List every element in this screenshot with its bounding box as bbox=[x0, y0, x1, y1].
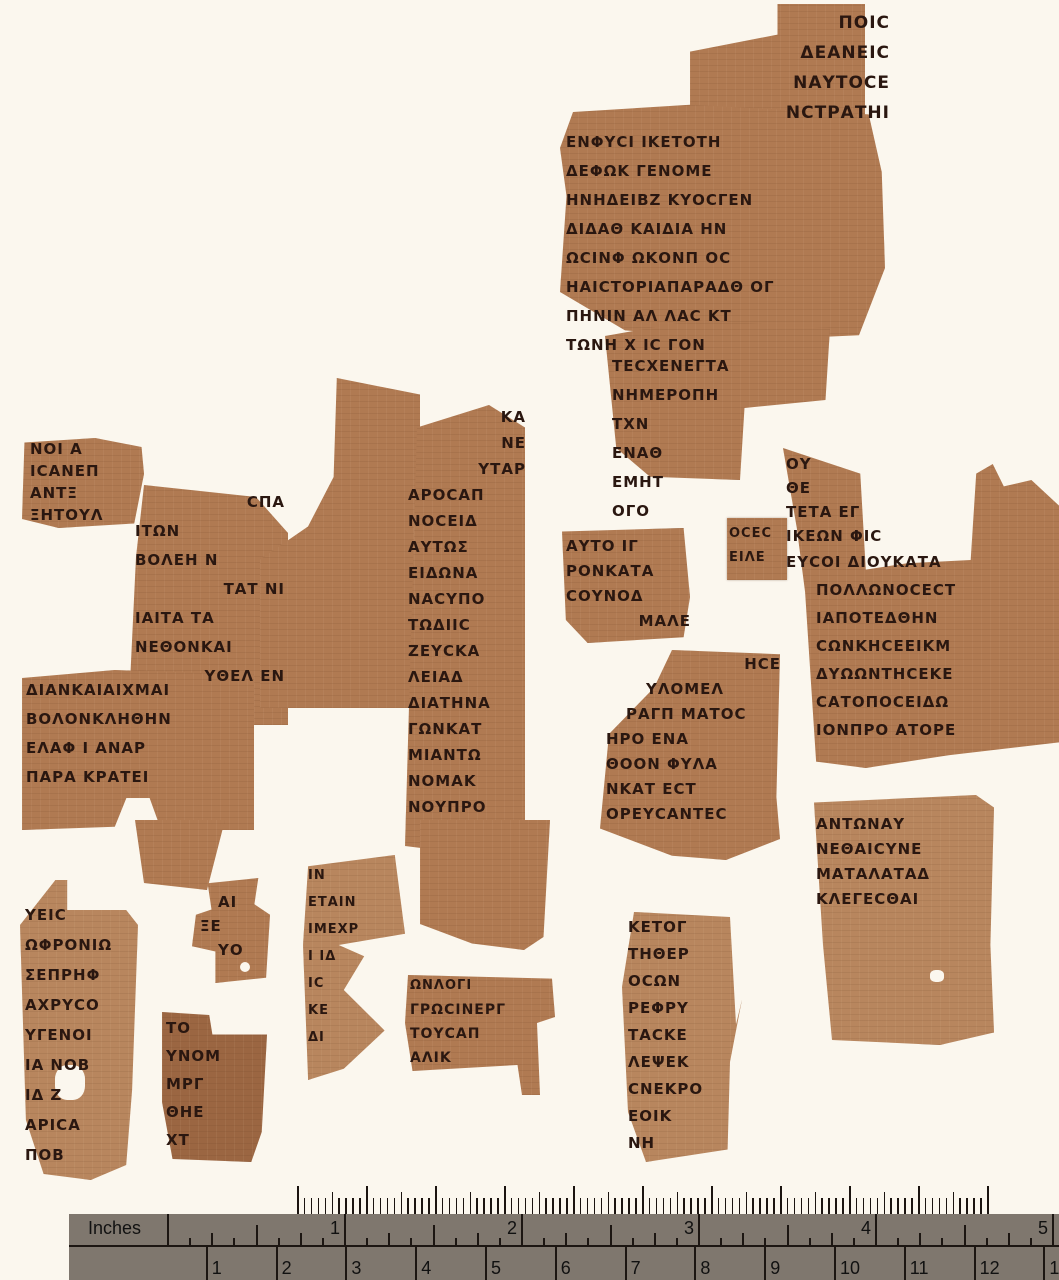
cm-tick bbox=[276, 1245, 278, 1280]
inch-tick bbox=[1008, 1233, 1010, 1245]
scale-tick bbox=[904, 1198, 906, 1214]
scale-tick bbox=[456, 1198, 458, 1214]
inch-tick bbox=[1030, 1238, 1032, 1245]
scale-tick bbox=[794, 1198, 796, 1214]
scale-tick bbox=[539, 1192, 541, 1214]
greek-text-line: ΜΡΓ bbox=[166, 1070, 266, 1098]
inch-tick bbox=[455, 1238, 457, 1245]
greek-text-line: ΝΚΑΤ ΕCΤ bbox=[606, 777, 781, 802]
scale-tick bbox=[552, 1198, 554, 1214]
scale-tick bbox=[407, 1198, 409, 1214]
scale-tick bbox=[414, 1198, 416, 1214]
scale-tick bbox=[580, 1198, 582, 1214]
scale-tick bbox=[801, 1198, 803, 1214]
scale-tick bbox=[594, 1198, 596, 1214]
greek-text-line: ΖΕΥCΚΑ bbox=[408, 638, 526, 664]
inches-label: Inches bbox=[88, 1218, 141, 1239]
inch-tick bbox=[787, 1225, 789, 1245]
scale-tick bbox=[973, 1198, 975, 1214]
scale-tick bbox=[773, 1198, 775, 1214]
greek-text-line: ΘΟΟΝ ΦΥΛΑ bbox=[606, 752, 781, 777]
text-block-left-small: ΝΟΙ Α ΙCΑΝΕΠ ΑΝΤΞ ΞΗΤΟΥΛ bbox=[30, 438, 145, 526]
text-block-center-lower: ΚΕΤΟΓ ΤΗΘΕΡ ΟCΩΝ ΡΕΦΡΥ ΤΑCΚΕ ΛΕΨΕΚ CΝΕΚΡ… bbox=[628, 914, 743, 1157]
scale-tick bbox=[897, 1198, 899, 1214]
scale-tick bbox=[649, 1198, 651, 1214]
scale-tick bbox=[752, 1198, 754, 1214]
scale-tick bbox=[718, 1198, 720, 1214]
inch-tick bbox=[499, 1238, 501, 1245]
scale-tick bbox=[476, 1198, 478, 1214]
scale-tick bbox=[966, 1198, 968, 1214]
greek-text-line: ΟΥ bbox=[786, 452, 1058, 476]
inch-number: 2 bbox=[507, 1218, 517, 1239]
scale-tick bbox=[366, 1186, 368, 1214]
greek-text-line: ΔΙ bbox=[308, 1024, 408, 1051]
inch-tick bbox=[521, 1214, 523, 1245]
text-block-right-lower: ΑΝΤΩΝΑΥ ΝΕΘΑΙCΥΝΕ ΜΑΤΑΛΑΤΑΔ ΚΛΕΓΕCΘΑΙ bbox=[816, 812, 991, 912]
greek-text-line: ΙΔ Ζ bbox=[25, 1080, 135, 1110]
scale-tick bbox=[815, 1192, 817, 1214]
greek-text-line: ΗΝΗΔΕΙΒΖ ΚΥΟCΓΕΝ bbox=[566, 186, 886, 215]
scale-tick bbox=[318, 1198, 320, 1214]
cm-number: 10 bbox=[840, 1258, 860, 1279]
scale-tick bbox=[787, 1198, 789, 1214]
greek-text-line: ΙCΑΝΕΠ bbox=[30, 460, 145, 482]
scale-tick bbox=[621, 1198, 623, 1214]
greek-text-line: ΜΑΛΕ bbox=[566, 609, 691, 634]
greek-text-line: ΕΟΙΚ bbox=[628, 1103, 743, 1130]
greek-text-line: ΓΡΩCΙΝΕΡΓ bbox=[410, 998, 558, 1022]
greek-text-line: ΠΟΒ bbox=[25, 1140, 135, 1170]
greek-text-line: ΔΕΑΝΕΙC bbox=[570, 38, 890, 68]
scale-tick bbox=[559, 1198, 561, 1214]
cm-number: 9 bbox=[770, 1258, 780, 1279]
text-block-bottom-narrow: ΙΝ ΕΤΑΙΝ ΙΜΕΧΡ Ι ΙΔ ΙC ΚΕ ΔΙ bbox=[308, 862, 408, 1051]
greek-text-line: ΑΝΤΩΝΑΥ bbox=[816, 812, 991, 837]
text-block-mid-lower: ΗCΕ ΥΛΟΜΕΛ ΡΑΓΠ ΜΑΤΟC ΗΡΟ ΕΝΑ ΘΟΟΝ ΦΥΛΑ … bbox=[606, 652, 781, 827]
greek-text-line: ΑΛΙΚ bbox=[410, 1046, 558, 1070]
scale-tick bbox=[877, 1198, 879, 1214]
greek-text-line: ΙΑΠΟΤΕΔΘΗΝ bbox=[786, 604, 1058, 632]
scale-tick bbox=[663, 1198, 665, 1214]
scale-tick bbox=[690, 1198, 692, 1214]
greek-text-line: ΗΡΟ ΕΝΑ bbox=[606, 727, 781, 752]
scale-tick bbox=[870, 1198, 872, 1214]
scale-tick bbox=[704, 1198, 706, 1214]
scale-tick bbox=[401, 1192, 403, 1214]
greek-text-line: ΤΑΤ ΝΙ bbox=[135, 575, 285, 604]
greek-text-line: ΒΟΛΕΗ Ν bbox=[135, 546, 285, 575]
greek-text-line: ΕΝΦΥCΙ ΙΚΕΤΟΤΗ bbox=[566, 128, 886, 157]
scale-tick bbox=[642, 1186, 644, 1214]
scale-tick bbox=[946, 1198, 948, 1214]
scale-tick bbox=[732, 1198, 734, 1214]
inch-number: 4 bbox=[861, 1218, 871, 1239]
greek-text-line: ΝΗΜΕΡΟΠΗ bbox=[612, 381, 832, 410]
inch-tick bbox=[167, 1214, 169, 1245]
inch-tick bbox=[300, 1233, 302, 1245]
scale-tick bbox=[449, 1198, 451, 1214]
greek-text-line: ΔΥΩΩΝΤΗCΕΚΕ bbox=[786, 660, 1058, 688]
scale-tick bbox=[483, 1198, 485, 1214]
millimeter-scale bbox=[297, 1184, 997, 1214]
greek-text-line: ΝΕΘΟΝΚΑΙ bbox=[135, 633, 285, 662]
cm-number: 12 bbox=[980, 1258, 1000, 1279]
scale-tick bbox=[932, 1198, 934, 1214]
scale-tick bbox=[835, 1198, 837, 1214]
inch-tick bbox=[322, 1238, 324, 1245]
inch-number: 5 bbox=[1038, 1218, 1048, 1239]
text-block-bottom-left-tall: ΥΕΙC ΩΦΡΟΝΙΩ ΣΕΠΡΗΦ ΑΧΡΥCΟ ΥΓΕΝΟΙ ΙΑ ΝΟΒ… bbox=[25, 900, 135, 1170]
greek-text-line: ΡΕΦΡΥ bbox=[628, 995, 743, 1022]
scale-tick bbox=[332, 1192, 334, 1214]
cm-number: 6 bbox=[561, 1258, 571, 1279]
greek-text-line: ΙΑ ΝΟΒ bbox=[25, 1050, 135, 1080]
scale-tick bbox=[746, 1192, 748, 1214]
greek-text-line: ΑΥΤΟ ΙΓ bbox=[566, 534, 691, 559]
scale-tick bbox=[608, 1192, 610, 1214]
cm-tick bbox=[625, 1245, 627, 1280]
inch-tick bbox=[632, 1238, 634, 1245]
greek-text-line: ΤΟΥCΑΠ bbox=[410, 1022, 558, 1046]
inch-tick bbox=[676, 1238, 678, 1245]
scale-tick bbox=[890, 1198, 892, 1214]
scale-tick bbox=[711, 1186, 713, 1214]
text-block-left-middle: CΠΑ ΙΤΩΝ ΒΟΛΕΗ Ν ΤΑΤ ΝΙ ΙΑΙΤΑ ΤΑ ΝΕΘΟΝΚΑ… bbox=[135, 488, 285, 691]
text-block-top-right-mid: ΕΝΦΥCΙ ΙΚΕΤΟΤΗ ΔΕΦΩΚ ΓΕΝΟΜΕ ΗΝΗΔΕΙΒΖ ΚΥΟ… bbox=[566, 128, 886, 360]
greek-text-line: ΣΕΠΡΗΦ bbox=[25, 960, 135, 990]
greek-text-line: ΥΤΑΡ bbox=[408, 456, 526, 482]
scale-tick bbox=[635, 1198, 637, 1214]
inch-tick bbox=[189, 1238, 191, 1245]
papyrus-fragment-center-bottom bbox=[420, 820, 550, 950]
scale-tick bbox=[739, 1198, 741, 1214]
inch-tick bbox=[875, 1214, 877, 1245]
scale-tick bbox=[421, 1198, 423, 1214]
greek-text-line: ΔΙΔΑΘ ΚΑΙΔΙΑ ΗΝ bbox=[566, 215, 886, 244]
greek-text-line: ΔΙΑΝΚΑΙΑΙΧΜΑΙ bbox=[26, 676, 266, 705]
scale-tick bbox=[573, 1186, 575, 1214]
scale-tick bbox=[683, 1198, 685, 1214]
inch-tick bbox=[433, 1225, 435, 1245]
greek-text-line: ΩΦΡΟΝΙΩ bbox=[25, 930, 135, 960]
scale-tick bbox=[297, 1186, 299, 1214]
inch-tick bbox=[1052, 1214, 1054, 1245]
greek-text-line: ΤΩΔΙΙC bbox=[408, 612, 526, 638]
inch-tick bbox=[831, 1233, 833, 1245]
greek-text-line: ΟCΩΝ bbox=[628, 968, 743, 995]
inch-tick bbox=[211, 1233, 213, 1245]
inch-tick bbox=[720, 1238, 722, 1245]
scale-tick bbox=[352, 1198, 354, 1214]
greek-text-line: ΡΟΝΚΑΤΑ bbox=[566, 559, 691, 584]
scale-tick bbox=[304, 1198, 306, 1214]
greek-text-line: CΠΑ bbox=[135, 488, 285, 517]
greek-text-line: ΔΕΦΩΚ ΓΕΝΟΜΕ bbox=[566, 157, 886, 186]
cm-tick bbox=[555, 1245, 557, 1280]
greek-text-line: ΚΛΕΓΕCΘΑΙ bbox=[816, 887, 991, 912]
scale-tick bbox=[670, 1198, 672, 1214]
greek-text-line: ΤΕΤΑ ΕΓ bbox=[786, 500, 1058, 524]
greek-text-line: CΩΝΚΗCΕΕΙΚΜ bbox=[786, 632, 1058, 660]
greek-text-line: ΟCΕC bbox=[729, 522, 789, 546]
inch-tick bbox=[853, 1238, 855, 1245]
greek-text-line: ΛΕΙΑΔ bbox=[408, 664, 526, 690]
cm-number: 13 bbox=[1049, 1258, 1059, 1279]
scale-tick bbox=[325, 1198, 327, 1214]
greek-text-line: Ι ΙΔ bbox=[308, 943, 408, 970]
inch-tick bbox=[388, 1233, 390, 1245]
greek-text-line: ΙΚΕΩΝ ΦΙC bbox=[786, 524, 1058, 548]
scale-tick bbox=[828, 1198, 830, 1214]
cm-tick bbox=[345, 1245, 347, 1280]
greek-text-line: ΚΑ bbox=[408, 404, 526, 430]
greek-text-line: ΓΩΝΚΑΤ bbox=[408, 716, 526, 742]
greek-text-line: ΜΑΤΑΛΑΤΑΔ bbox=[816, 862, 991, 887]
inch-number: 3 bbox=[684, 1218, 694, 1239]
inch-tick bbox=[366, 1238, 368, 1245]
scale-tick bbox=[601, 1198, 603, 1214]
greek-text-line: ΙΝ bbox=[308, 862, 408, 889]
greek-text-line: ΤΑCΚΕ bbox=[628, 1022, 743, 1049]
inch-tick bbox=[587, 1238, 589, 1245]
cm-tick bbox=[834, 1245, 836, 1280]
greek-text-line: ΑΧΡΥCΟ bbox=[25, 990, 135, 1020]
scale-tick bbox=[428, 1198, 430, 1214]
scale-tick bbox=[380, 1198, 382, 1214]
scale-tick bbox=[918, 1186, 920, 1214]
scale-tick bbox=[435, 1186, 437, 1214]
greek-text-line: ΑΡΟCΑΠ bbox=[408, 482, 526, 508]
greek-text-line: ΘΕ bbox=[786, 476, 1058, 500]
scale-tick bbox=[387, 1198, 389, 1214]
scale-tick bbox=[359, 1198, 361, 1214]
scale-tick bbox=[545, 1198, 547, 1214]
inch-tick bbox=[543, 1238, 545, 1245]
scale-tick bbox=[311, 1198, 313, 1214]
inch-tick bbox=[477, 1233, 479, 1245]
greek-text-line: ΝΑΥΤΟCΕ bbox=[570, 68, 890, 98]
greek-text-line: ΩCΙΝΦ ΩΚΟΝΠ ΟC bbox=[566, 244, 886, 273]
text-block-mid-tiny: ΟCΕC ΕΙΛΕ bbox=[729, 522, 789, 570]
inch-tick bbox=[809, 1238, 811, 1245]
scale-tick bbox=[766, 1198, 768, 1214]
scale-tick bbox=[697, 1198, 699, 1214]
greek-text-line: ΤΟ bbox=[166, 1014, 266, 1042]
scale-tick bbox=[463, 1198, 465, 1214]
greek-text-line: ΝΟΥΠΡΟ bbox=[408, 794, 526, 820]
greek-text-line: ΟΡΕΥCΑΝΤΕC bbox=[606, 802, 781, 827]
greek-text-line: ΥΓΕΝΟΙ bbox=[25, 1020, 135, 1050]
scale-tick bbox=[532, 1198, 534, 1214]
scale-tick bbox=[614, 1198, 616, 1214]
inch-tick bbox=[941, 1238, 943, 1245]
greek-text-line: ΕΥCΟΙ ΔΙΟΥΚΑΤΑ bbox=[786, 548, 1058, 576]
greek-text-line: ΘΗΕ bbox=[166, 1098, 266, 1126]
greek-text-line: ΚΕΤΟΓ bbox=[628, 914, 743, 941]
scale-tick bbox=[587, 1198, 589, 1214]
greek-text-line: ΝΟCΕΙΔ bbox=[408, 508, 526, 534]
greek-text-line: ΡΑΓΠ ΜΑΤΟC bbox=[606, 702, 781, 727]
scale-tick bbox=[925, 1198, 927, 1214]
inch-tick bbox=[986, 1238, 988, 1245]
greek-text-line: ΠΗΝΙΝ ΑΛ ΛΑC ΚΤ bbox=[566, 302, 886, 331]
inch-tick bbox=[654, 1233, 656, 1245]
text-block-left-lower: ΔΙΑΝΚΑΙΑΙΧΜΑΙ ΒΟΛΟΝΚΛΗΘΗΝ ΕΛΑΦ Ι ΑΝΑΡ ΠΑ… bbox=[26, 676, 266, 792]
scale-tick bbox=[842, 1198, 844, 1214]
cm-tick bbox=[694, 1245, 696, 1280]
measurement-ruler: Inches 1234512345678910111213 bbox=[69, 1214, 1059, 1280]
inch-tick bbox=[410, 1238, 412, 1245]
inch-tick bbox=[233, 1238, 235, 1245]
greek-text-line: ΑΝΤΞ bbox=[30, 482, 145, 504]
cm-tick bbox=[764, 1245, 766, 1280]
greek-text-line: CΟΥΝΟΔ bbox=[566, 584, 691, 609]
greek-text-line: ΤΗΘΕΡ bbox=[628, 941, 743, 968]
inch-tick bbox=[698, 1214, 700, 1245]
greek-text-line: ΠΟΛΛΩΝΟCΕCΤ bbox=[786, 576, 1058, 604]
scale-tick bbox=[980, 1198, 982, 1214]
scale-tick bbox=[987, 1186, 989, 1214]
greek-text-line: ΝΕΘΑΙCΥΝΕ bbox=[816, 837, 991, 862]
scale-tick bbox=[442, 1198, 444, 1214]
cm-tick bbox=[415, 1245, 417, 1280]
greek-text-line: ΠΑΡΑ ΚΡΑΤΕΙ bbox=[26, 763, 266, 792]
text-block-top-right: ΠΟΙC ΔΕΑΝΕΙC ΝΑΥΤΟCΕ ΝCΤΡΑΤΗΙ bbox=[570, 8, 890, 128]
inch-tick bbox=[256, 1225, 258, 1245]
greek-text-line: ΗCΕ bbox=[606, 652, 781, 677]
scale-tick bbox=[470, 1192, 472, 1214]
greek-text-line: ΩΝΛΟΓΙ bbox=[410, 974, 558, 998]
inch-tick bbox=[742, 1233, 744, 1245]
greek-text-line: ΧΤ bbox=[166, 1126, 266, 1154]
greek-text-line: ΔΙΑΤΗΝΑ bbox=[408, 690, 526, 716]
inch-tick bbox=[764, 1238, 766, 1245]
scale-tick bbox=[677, 1192, 679, 1214]
scale-tick bbox=[525, 1198, 527, 1214]
scale-tick bbox=[808, 1198, 810, 1214]
greek-text-line: ΙΟΝΠΡΟ ΑΤΟΡΕ bbox=[786, 716, 1058, 744]
greek-text-line: ΝΟΙ Α bbox=[30, 438, 145, 460]
papyrus-hole bbox=[930, 970, 944, 982]
scale-tick bbox=[759, 1198, 761, 1214]
scale-tick bbox=[504, 1186, 506, 1214]
cm-number: 5 bbox=[491, 1258, 501, 1279]
greek-text-line: ΝΑCΥΠΟ bbox=[408, 586, 526, 612]
greek-text-line: ΑΙ bbox=[200, 890, 270, 914]
scale-tick bbox=[939, 1198, 941, 1214]
scale-tick bbox=[628, 1198, 630, 1214]
greek-text-line: ΤΧΝ bbox=[612, 410, 832, 439]
cm-number: 1 bbox=[212, 1258, 222, 1279]
inch-tick bbox=[897, 1238, 899, 1245]
greek-text-line: ΥΕΙC bbox=[25, 900, 135, 930]
scale-tick bbox=[394, 1198, 396, 1214]
greek-text-line: ΙΤΩΝ bbox=[135, 517, 285, 546]
text-block-bottom-cross: ΑΙ ΞΕ ΥΟ bbox=[200, 890, 270, 962]
greek-text-line: ΕΙΛΕ bbox=[729, 546, 789, 570]
greek-text-line: ΚΕ bbox=[308, 997, 408, 1024]
greek-text-line: ΞΕ bbox=[200, 914, 270, 938]
cm-number: 2 bbox=[282, 1258, 292, 1279]
inch-tick bbox=[610, 1225, 612, 1245]
scale-tick bbox=[821, 1198, 823, 1214]
greek-text-line: ΝΗ bbox=[628, 1130, 743, 1157]
greek-text-line: ΑΥΤΩΣ bbox=[408, 534, 526, 560]
greek-text-line: CΑΤΟΠΟCΕΙΔΩ bbox=[786, 688, 1058, 716]
greek-text-line: ΗΑΙCΤΟΡΙΑΠΑΡΑΔΘ ΟΓ bbox=[566, 273, 886, 302]
ruler-divider bbox=[69, 1245, 1059, 1247]
greek-text-line: ΙΑΙΤΑ ΤΑ bbox=[135, 604, 285, 633]
cm-tick bbox=[904, 1245, 906, 1280]
text-block-mid-small: ΑΥΤΟ ΙΓ ΡΟΝΚΑΤΑ CΟΥΝΟΔ ΜΑΛΕ bbox=[566, 534, 691, 634]
text-block-center-column: ΚΑ ΝΕ ΥΤΑΡ ΑΡΟCΑΠ ΝΟCΕΙΔ ΑΥΤΩΣ ΕΙΔΩΝΑ ΝΑ… bbox=[408, 404, 526, 820]
scale-tick bbox=[953, 1192, 955, 1214]
greek-text-line: ΕΙΔΩΝΑ bbox=[408, 560, 526, 586]
text-block-bottom-small: ΤΟ ΥΝΟΜ ΜΡΓ ΘΗΕ ΧΤ bbox=[166, 1014, 266, 1154]
scale-tick bbox=[911, 1198, 913, 1214]
cm-number: 3 bbox=[351, 1258, 361, 1279]
inch-tick bbox=[344, 1214, 346, 1245]
scale-tick bbox=[959, 1198, 961, 1214]
cm-number: 8 bbox=[700, 1258, 710, 1279]
cm-number: 7 bbox=[631, 1258, 641, 1279]
greek-text-line: ΑΡΙCΑ bbox=[25, 1110, 135, 1140]
greek-text-line: ΥΛΟΜΕΛ bbox=[606, 677, 781, 702]
greek-text-line: ΕΛΑΦ Ι ΑΝΑΡ bbox=[26, 734, 266, 763]
inch-number: 1 bbox=[330, 1218, 340, 1239]
greek-text-line: ΙΜΕΧΡ bbox=[308, 916, 408, 943]
greek-text-line: ΜΙΑΝΤΩ bbox=[408, 742, 526, 768]
scale-tick bbox=[780, 1186, 782, 1214]
text-block-right-large: ΟΥ ΘΕ ΤΕΤΑ ΕΓ ΙΚΕΩΝ ΦΙC ΕΥCΟΙ ΔΙΟΥΚΑΤΑ Π… bbox=[786, 452, 1058, 744]
scale-tick bbox=[656, 1198, 658, 1214]
greek-text-line: CΝΕΚΡΟ bbox=[628, 1076, 743, 1103]
greek-text-line: ΥΝΟΜ bbox=[166, 1042, 266, 1070]
scale-tick bbox=[338, 1198, 340, 1214]
scale-tick bbox=[373, 1198, 375, 1214]
scale-tick bbox=[849, 1186, 851, 1214]
scale-tick bbox=[490, 1198, 492, 1214]
scale-tick bbox=[863, 1198, 865, 1214]
cm-number: 4 bbox=[421, 1258, 431, 1279]
inch-tick bbox=[278, 1238, 280, 1245]
scale-tick bbox=[345, 1198, 347, 1214]
cm-tick bbox=[1043, 1245, 1045, 1280]
papyrus-fragment-left-stub bbox=[135, 820, 225, 890]
greek-text-line: ΠΟΙC bbox=[570, 8, 890, 38]
scale-tick bbox=[856, 1198, 858, 1214]
greek-text-line: ΝCΤΡΑΤΗΙ bbox=[570, 98, 890, 128]
greek-text-line: ΝΕ bbox=[408, 430, 526, 456]
scale-tick bbox=[518, 1198, 520, 1214]
greek-text-line: ΝΟΜΑΚ bbox=[408, 768, 526, 794]
text-block-bottom-center: ΩΝΛΟΓΙ ΓΡΩCΙΝΕΡΓ ΤΟΥCΑΠ ΑΛΙΚ bbox=[410, 974, 558, 1070]
scale-tick bbox=[511, 1198, 513, 1214]
scale-tick bbox=[725, 1198, 727, 1214]
papyrus-hole bbox=[240, 962, 250, 972]
scale-tick bbox=[497, 1198, 499, 1214]
greek-text-line: ΙC bbox=[308, 970, 408, 997]
scale-tick bbox=[884, 1192, 886, 1214]
scale-tick bbox=[566, 1198, 568, 1214]
inch-tick bbox=[565, 1233, 567, 1245]
cm-tick bbox=[206, 1245, 208, 1280]
inch-tick bbox=[964, 1225, 966, 1245]
greek-text-line: ΒΟΛΟΝΚΛΗΘΗΝ bbox=[26, 705, 266, 734]
greek-text-line: ΤΕCΧΕΝΕΓΤΑ bbox=[612, 352, 832, 381]
greek-text-line: ΞΗΤΟΥΛ bbox=[30, 504, 145, 526]
